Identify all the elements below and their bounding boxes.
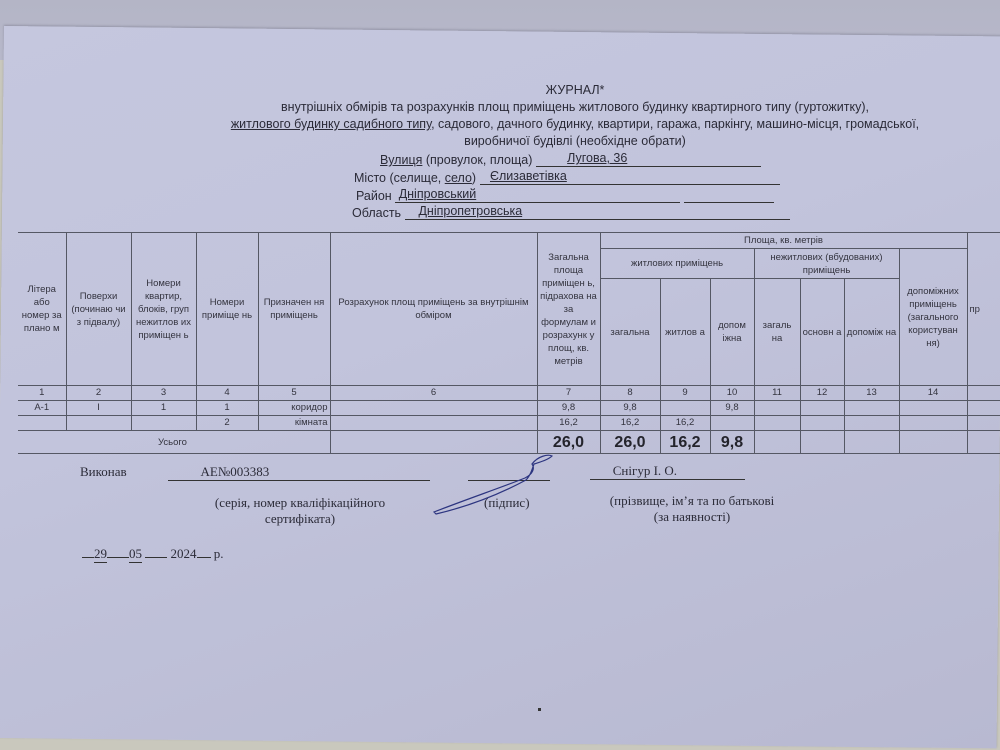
name-line: Снігур І. О.	[590, 463, 745, 480]
document-subtitle-1: внутрішніх обмірів та розрахунків площ п…	[205, 99, 945, 116]
certificate-caption-2: сертифіката)	[205, 511, 395, 527]
cell-res-living	[660, 401, 710, 416]
total-res-auxiliary-value: 9,8	[710, 431, 754, 454]
date-month: 05	[129, 546, 142, 563]
header-room-numbers: Номери приміще нь	[196, 233, 258, 386]
name-caption-2: (за наявності)	[592, 509, 792, 525]
date-year: 2024	[171, 546, 197, 561]
cell-nonres-main	[800, 401, 844, 416]
col-num: 6	[330, 386, 537, 401]
header-total-area: Загальна площа приміщен ь, підрахова на …	[537, 233, 600, 386]
name-caption-1: (прізвище, ім’я та по батькові	[592, 493, 792, 509]
cell-nonres-total	[754, 416, 800, 431]
paper-speck	[538, 708, 541, 711]
document-subtitle-2: житлового будинку садибного типу, садово…	[205, 116, 945, 133]
city-label-selected: село	[445, 171, 472, 185]
certificate-caption-1: (серія, номер кваліфікаційного	[205, 495, 395, 511]
cell-unit: 1	[131, 401, 196, 416]
header-res-auxiliary: допом іжна	[710, 279, 754, 386]
name-caption: (прізвище, ім’я та по батькові (за наявн…	[592, 493, 792, 525]
cell-res-auxiliary	[710, 416, 754, 431]
measurements-table: Літера або номер за плано м Поверхи (поч…	[18, 232, 1000, 454]
name-field: Снігур І. О.	[590, 463, 745, 480]
header-auxiliary-common: допоміжних приміщень (загального користу…	[899, 249, 967, 386]
total-auxiliary-common	[899, 431, 967, 454]
handwritten-signature	[430, 450, 560, 520]
district-extra-line	[684, 187, 774, 203]
certificate-caption: (серія, номер кваліфікаційного сертифіка…	[205, 495, 395, 527]
cell-floor: І	[66, 401, 131, 416]
header-nonres-main: основн а	[800, 279, 844, 386]
document-title: ЖУРНАЛ*	[205, 82, 945, 99]
col-num: 14	[899, 386, 967, 401]
col-num: 8	[600, 386, 660, 401]
col-num: 12	[800, 386, 844, 401]
city-label-end: )	[472, 171, 476, 185]
cell-total-area: 16,2	[537, 416, 600, 431]
building-type-options: , садового, дачного будинку, квартири, г…	[431, 117, 919, 131]
cell-calculation	[330, 401, 537, 416]
total-res-living-value: 16,2	[660, 431, 710, 454]
header-nonres-auxiliary: допоміж на	[844, 279, 899, 386]
header-col15: пр	[967, 233, 1000, 386]
header-res-living: житлов а	[660, 279, 710, 386]
region-value: Дніпропетровська	[418, 204, 522, 218]
date-suffix: р.	[214, 546, 224, 561]
street-field: Вулиця (провулок, площа) Лугова, 36	[380, 151, 761, 167]
header-floors: Поверхи (починаю чи з підвалу)	[66, 233, 131, 386]
cell-total-area: 9,8	[537, 401, 600, 416]
name-value: Снігур І. О.	[613, 463, 677, 478]
col-num	[967, 386, 1000, 401]
table-row: А-1 І 1 1 коридор 9,8 9,8 9,8	[18, 401, 1000, 416]
header-res-total: загальна	[600, 279, 660, 386]
date-pad	[107, 557, 129, 558]
col-num: 7	[537, 386, 600, 401]
document-header: ЖУРНАЛ* внутрішніх обмірів та розрахункі…	[205, 82, 945, 150]
cell-res-living: 16,2	[660, 416, 710, 431]
cell-unit	[131, 416, 196, 431]
building-type-selected: житлового будинку садибного типу	[231, 117, 431, 131]
col-num: 9	[660, 386, 710, 401]
column-numbers-row: 1 2 3 4 5 6 7 8 9 10 11 12 13 14	[18, 386, 1000, 401]
cell-auxiliary-common	[899, 401, 967, 416]
cell-room-number: 2	[196, 416, 258, 431]
cell-res-total: 9,8	[600, 401, 660, 416]
cell-letter: А-1	[18, 401, 66, 416]
street-label: Вулиця	[380, 153, 422, 167]
certificate-field: АЕ№003383	[168, 464, 430, 481]
total-nonres-total	[754, 431, 800, 454]
cell-room-number: 1	[196, 401, 258, 416]
date-field: 2905 2024 р.	[82, 546, 224, 563]
cell-nonres-main	[800, 416, 844, 431]
cell-letter	[18, 416, 66, 431]
col-num: 10	[710, 386, 754, 401]
header-nonresidential-group: нежитлових (вбудованих) приміщень	[754, 249, 899, 279]
cell-room-purpose: кімната	[258, 416, 330, 431]
city-value-line: Єлизаветівка	[480, 169, 780, 185]
cell-col15	[967, 416, 1000, 431]
district-value: Дніпровський	[399, 187, 477, 201]
col-num: 4	[196, 386, 258, 401]
cell-room-purpose: коридор	[258, 401, 330, 416]
cell-res-total: 16,2	[600, 416, 660, 431]
date-pad	[82, 557, 94, 558]
total-res-total-value: 26,0	[600, 431, 660, 454]
col-num: 5	[258, 386, 330, 401]
district-field: Район Дніпровський	[356, 187, 774, 203]
header-nonres-total: загаль на	[754, 279, 800, 386]
col-num: 2	[66, 386, 131, 401]
col-num: 1	[18, 386, 66, 401]
street-label-rest: (провулок, площа)	[422, 153, 532, 167]
district-value-line: Дніпровський	[395, 187, 680, 203]
header-letter: Літера або номер за плано м	[18, 233, 66, 386]
cell-col15	[967, 401, 1000, 416]
city-label: Місто (селище,	[354, 171, 445, 185]
col-num: 11	[754, 386, 800, 401]
header-calculation: Розрахунок площ приміщень за внутрішнім …	[330, 233, 537, 386]
cell-nonres-auxiliary	[844, 401, 899, 416]
header-area-group: Площа, кв. метрів	[600, 233, 967, 249]
total-label: Усього	[18, 431, 330, 454]
region-value-line: Дніпропетровська	[405, 204, 790, 220]
region-field: Область Дніпропетровська	[352, 204, 790, 220]
certificate-line: АЕ№003383	[168, 464, 430, 481]
performed-by-label: Виконав	[80, 464, 127, 480]
total-nonres-auxiliary	[844, 431, 899, 454]
street-value-line: Лугова, 36	[536, 151, 761, 167]
document-subtitle-3: виробничої будівлі (необхідне обрати)	[205, 133, 945, 150]
city-field: Місто (селище, село) Єлизаветівка	[354, 169, 780, 185]
street-value: Лугова, 36	[567, 151, 627, 165]
cell-floor	[66, 416, 131, 431]
header-unit-numbers: Номери квартир, блоків, груп нежитлов их…	[131, 233, 196, 386]
total-nonres-main	[800, 431, 844, 454]
col-num: 3	[131, 386, 196, 401]
cell-res-auxiliary: 9,8	[710, 401, 754, 416]
header-residential-group: житлових приміщень	[600, 249, 754, 279]
city-value: Єлизаветівка	[490, 169, 567, 183]
header-room-purpose: Призначен ня приміщень	[258, 233, 330, 386]
district-label: Район	[356, 189, 392, 203]
table-row: 2 кімната 16,2 16,2 16,2	[18, 416, 1000, 431]
total-col15	[967, 431, 1000, 454]
region-label: Область	[352, 206, 401, 220]
certificate-value: АЕ№003383	[201, 464, 270, 479]
cell-nonres-total	[754, 401, 800, 416]
col-num: 13	[844, 386, 899, 401]
cell-calculation	[330, 416, 537, 431]
date-pad	[145, 557, 167, 558]
date-pad	[197, 557, 211, 558]
cell-nonres-auxiliary	[844, 416, 899, 431]
date-day: 29	[94, 546, 107, 563]
cell-auxiliary-common	[899, 416, 967, 431]
